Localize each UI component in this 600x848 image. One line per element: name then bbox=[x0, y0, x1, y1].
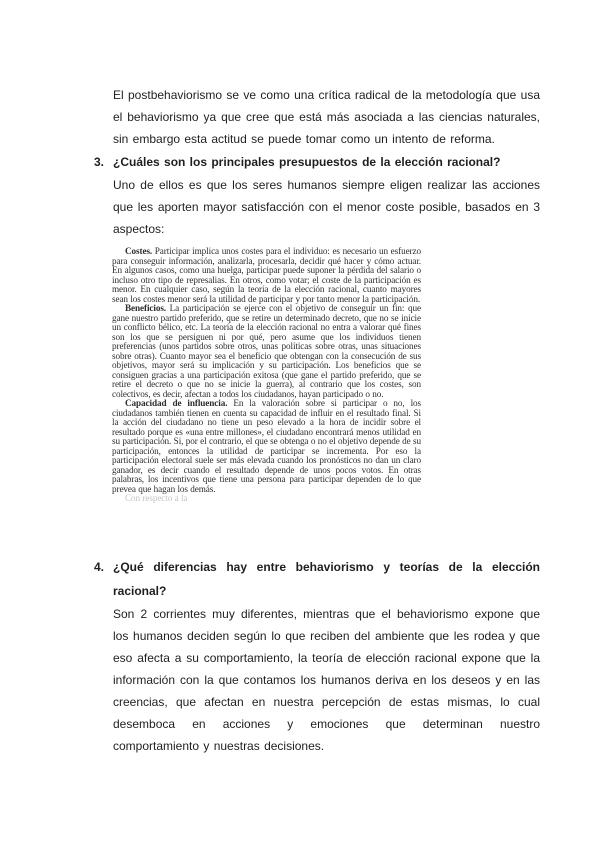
scan-paragraph-beneficios-text: La participación se ejerce con el objeti… bbox=[112, 303, 421, 399]
question-3-title: ¿Cuáles son los principales presupuestos… bbox=[113, 150, 540, 174]
scan-paragraph-capacidad: Capacidad de influencia. En la valoració… bbox=[112, 399, 421, 494]
intro-paragraph: El postbehaviorismo se ve como una críti… bbox=[113, 84, 540, 150]
question-3-body: Uno de ellos es que los seres humanos si… bbox=[113, 174, 540, 240]
scan-paragraph-beneficios-lead: Beneficios. bbox=[125, 303, 166, 313]
scan-paragraph-capacidad-text: En la valoración sobre si participar o n… bbox=[112, 398, 421, 494]
scan-cutoff-line: Con respecto a la bbox=[112, 494, 421, 504]
scanned-excerpt-image: Costes. Participar implica unos costes p… bbox=[112, 247, 421, 535]
scan-paragraph-costes-text: Participar implica unos costes para el i… bbox=[112, 247, 421, 304]
document-content: El postbehaviorismo se ve como una críti… bbox=[113, 84, 540, 757]
question-4-number: 4. bbox=[94, 555, 104, 579]
scan-paragraph-capacidad-lead: Capacidad de influencia. bbox=[125, 398, 227, 408]
question-4-title: ¿Qué diferencias hay entre behaviorismo … bbox=[113, 555, 540, 603]
question-4: 4. ¿Qué diferencias hay entre behavioris… bbox=[113, 555, 540, 757]
scan-paragraph-beneficios: Beneficios. La participación se ejerce c… bbox=[112, 304, 421, 399]
question-3-number: 3. bbox=[94, 150, 104, 174]
document-page: El postbehaviorismo se ve como una críti… bbox=[0, 0, 600, 848]
question-3: 3. ¿Cuáles son los principales presupues… bbox=[113, 150, 540, 240]
question-4-body: Son 2 corrientes muy diferentes, mientra… bbox=[113, 603, 540, 757]
scan-paragraph-costes: Costes. Participar implica unos costes p… bbox=[112, 247, 421, 304]
